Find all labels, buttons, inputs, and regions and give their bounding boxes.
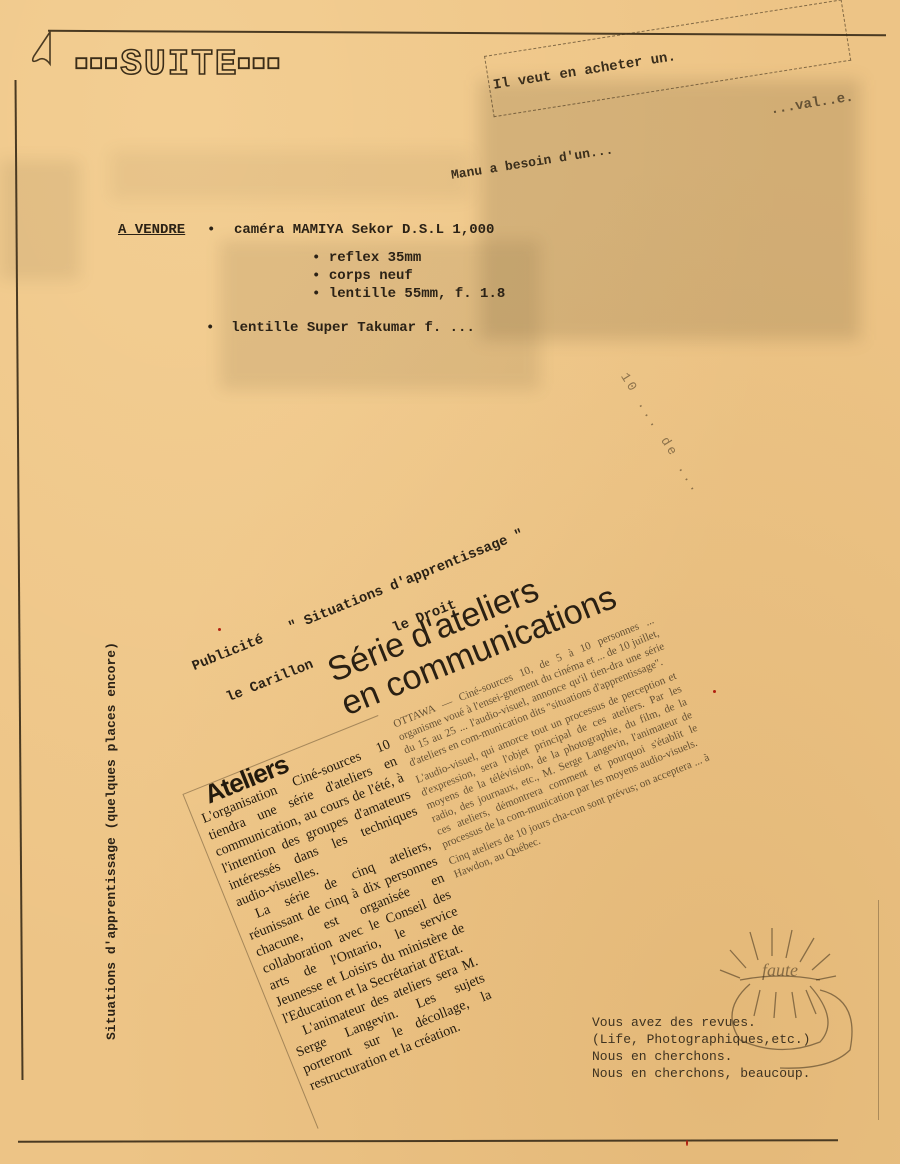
wanted-line: Nous en cherchons, beaucoup. (592, 1065, 810, 1082)
for-sale-bullet: • (207, 222, 215, 238)
sub-item-text: lentille 55mm, f. 1.8 (329, 286, 505, 302)
second-item-text: lentille Super Takumar f. ... (231, 320, 475, 336)
for-sale-main-item: caméra MAMIYA Sekor D.S.L 1,000 (234, 222, 494, 238)
drawn-border-right (878, 900, 879, 1120)
drawn-border-bottom (18, 1139, 838, 1142)
for-sale-sub-item: • lentille 55mm, f. 1.8 (312, 286, 505, 302)
copier-smudge (0, 160, 80, 280)
corner-flag-icon (28, 30, 58, 70)
for-sale-label: A VENDRE (118, 222, 185, 238)
title-prefix-boxes: □□□ (76, 54, 120, 74)
svg-text:faute: faute (762, 960, 798, 980)
for-sale-sub-item: • corps neuf (312, 268, 413, 284)
sub-item-text: corps neuf (329, 268, 413, 284)
copier-smudge (110, 150, 470, 200)
faint-diagonal-text: 10 ... de ... (617, 370, 704, 497)
publicity-source-carillon: le Carillon (224, 657, 316, 706)
wanted-line: Vous avez des revues. (592, 1014, 810, 1031)
title-text: SUITE (120, 44, 238, 85)
for-sale-sub-item: • reflex 35mm (312, 250, 421, 266)
publicity-label: Publicité (190, 632, 266, 675)
red-ink-mark (713, 690, 716, 693)
red-ink-mark (218, 628, 221, 631)
side-label: Situations d'apprentissage (quelques pla… (104, 642, 119, 1040)
sub-item-text: reflex 35mm (329, 250, 421, 266)
wanted-line: (Life, Photographiques,etc.) (592, 1031, 810, 1048)
title-suffix-boxes: □□□ (238, 54, 282, 74)
wanted-line: Nous en cherchons. (592, 1048, 810, 1065)
page-title: □□□SUITE□□□ (76, 44, 283, 85)
wanted-block: Vous avez des revues. (Life, Photographi… (592, 1014, 810, 1082)
red-ink-mark (686, 1140, 688, 1146)
for-sale-second-item: • lentille Super Takumar f. ... (206, 320, 475, 336)
